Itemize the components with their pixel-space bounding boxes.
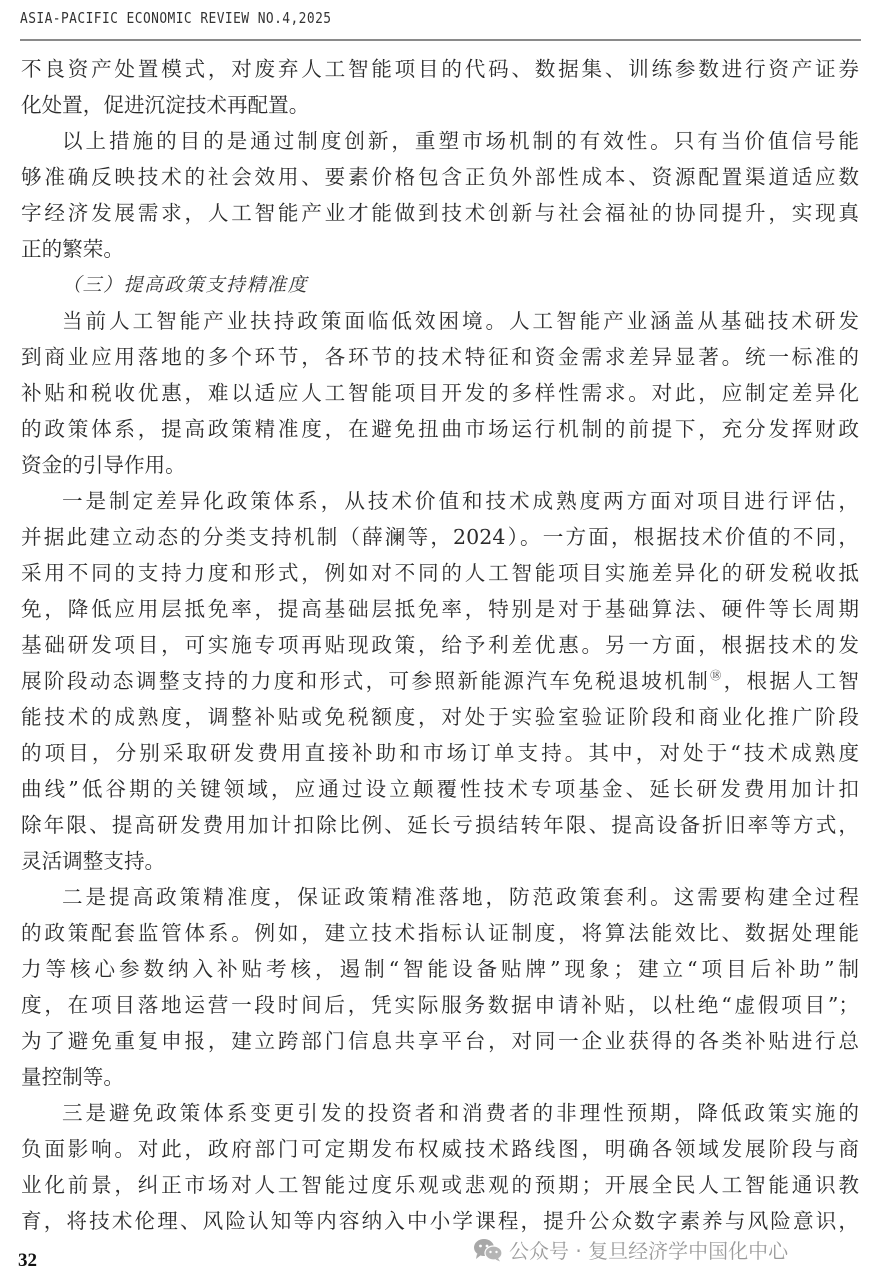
- text-line: 量控制等。: [21, 1059, 859, 1095]
- section-subheading: （三）提高政策支持精准度: [21, 267, 859, 303]
- text-line-with-footnote: 展阶段动态调整支持的力度和形式，可参照新能源汽车免税退坡机制⑱，根据人工智: [21, 663, 859, 699]
- text-line: 灵活调整支持。: [21, 843, 859, 879]
- text-line: 曲线”低谷期的关键领域，应通过设立颠覆性技术专项基金、延长研发费用加计扣: [21, 771, 859, 807]
- text-line: 二是提高政策精准度，保证政策精准落地，防范政策套利。这需要构建全过程: [21, 879, 859, 915]
- text-line: 三是避免政策体系变更引发的投资者和消费者的非理性预期，降低政策实施的: [21, 1095, 859, 1131]
- text-line: 字经济发展需求，人工智能产业才能做到技术创新与社会福祉的协同提升，实现真: [21, 195, 859, 231]
- text-line: 除年限、提高研发费用加计扣除比例、延长亏损结转年限、提高设备折旧率等方式，: [21, 807, 859, 843]
- wechat-icon: [473, 1238, 503, 1262]
- text-line: 度，在项目落地运营一段时间后，凭实际服务数据申请补贴，以杜绝“虚假项目”；: [21, 987, 859, 1023]
- text-line: 为了避免重复申报，建立跨部门信息共享平台，对同一企业获得的各类补贴进行总: [21, 1023, 859, 1059]
- text-line: 补贴和税收优惠，难以适应人工智能项目开发的多样性需求。对此，应制定差异化: [21, 375, 859, 411]
- text-line: 不良资产处置模式，对废弃人工智能项目的代码、数据集、训练参数进行资产证券: [21, 51, 859, 87]
- text-line: 业化前景，纠正市场对人工智能过度乐观或悲观的预期；开展全民人工智能通识教: [21, 1167, 859, 1203]
- text-line: 能技术的成熟度，调整补贴或免税额度，对处于实验室验证阶段和商业化推广阶段: [21, 699, 859, 735]
- text-line: 的项目，分别采取研发费用直接补助和市场订单支持。其中，对处于“技术成熟度: [21, 735, 859, 771]
- text-line: 免，降低应用层抵免率，提高基础层抵免率，特别是对于基础算法、硬件等长周期: [21, 591, 859, 627]
- text-line: 基础研发项目，可实施专项再贴现政策，给予利差优惠。另一方面，根据技术的发: [21, 627, 859, 663]
- text-line: 资金的引导作用。: [21, 447, 859, 483]
- text-line: 够准确反映技术的社会效用、要素价格包含正负外部性成本、资源配置渠道适应数: [21, 159, 859, 195]
- page-number: 32: [18, 1250, 37, 1272]
- running-head: ASIA-PACIFIC ECONOMIC REVIEW NO.4,2025: [20, 9, 331, 27]
- footnote-marker[interactable]: ⑱: [710, 669, 723, 682]
- text-line: 负面影响。对此，政府部门可定期发布权威技术路线图，明确各领域发展阶段与商: [21, 1131, 859, 1167]
- text-line: 力等核心参数纳入补贴考核，遏制“智能设备贴牌”现象；建立“项目后补助”制: [21, 951, 859, 987]
- text-line: 化处置，促进沉淀技术再配置。: [21, 87, 859, 123]
- text-line: 采用不同的支持力度和形式，例如对不同的人工智能项目实施差异化的研发税收抵: [21, 555, 859, 591]
- text-line: 并据此建立动态的分类支持机制（薛澜等，2024）。一方面，根据技术价值的不同，: [21, 519, 859, 555]
- text-segment: 展阶段动态调整支持的力度和形式，可参照新能源汽车免税退坡机制: [21, 669, 710, 693]
- watermark-text: 公众号 · 复旦经济学中国化中心: [509, 1235, 788, 1264]
- text-line: 当前人工智能产业扶持政策面临低效困境。人工智能产业涵盖从基础技术研发: [21, 303, 859, 339]
- header-rule: [20, 39, 861, 41]
- text-segment: ，根据人工智: [724, 669, 859, 693]
- text-line: 一是制定差异化政策体系，从技术价值和技术成熟度两方面对项目进行评估，: [21, 483, 859, 519]
- text-line: 以上措施的目的是通过制度创新，重塑市场机制的有效性。只有当价值信号能: [21, 123, 859, 159]
- text-line: 的政策配套监管体系。例如，建立技术指标认证制度，将算法能效比、数据处理能: [21, 915, 859, 951]
- watermark: 公众号 · 复旦经济学中国化中心: [473, 1235, 788, 1264]
- text-line: 育，将技术伦理、风险认知等内容纳入中小学课程，提升公众数字素养与风险意识，: [21, 1203, 859, 1239]
- article-body: 不良资产处置模式，对废弃人工智能项目的代码、数据集、训练参数进行资产证券 化处置…: [21, 51, 859, 1239]
- text-line: 到商业应用落地的多个环节，各环节的技术特征和资金需求差异显著。统一标准的: [21, 339, 859, 375]
- text-line: 正的繁荣。: [21, 231, 859, 267]
- text-line: 的政策体系，提高政策精准度，在避免扭曲市场运行机制的前提下，充分发挥财政: [21, 411, 859, 447]
